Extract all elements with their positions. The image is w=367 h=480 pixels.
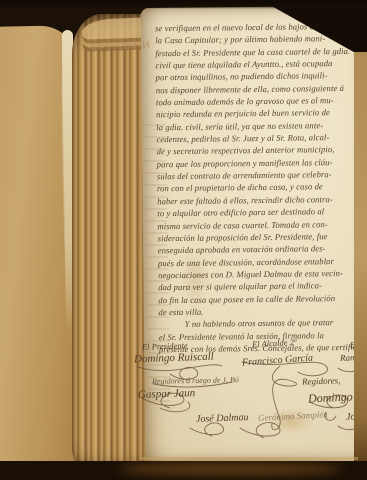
signature-block: El Presidente El Alcalde 2º El Alcalde 3… (130, 336, 367, 448)
photo-of-manuscript-book: N.587.743 se verifiquen en el nuevo loca… (0, 0, 367, 480)
manuscript-line: nicipio redunda en perjuicio del buen se… (156, 106, 360, 121)
top-photo-shadow (0, 0, 367, 9)
manuscript-text-block: se verifiquen en el nuevo local de los b… (155, 20, 363, 356)
signature-title-presidente: El Presidente (142, 340, 188, 352)
regidores-label-right: Regidores, (302, 375, 341, 386)
signature-name-regidor-1: Gaspar Jaun (138, 387, 196, 401)
regidores-label-left: Regidores á ruego de J. Bó (152, 375, 239, 386)
page-bottom-edge (140, 457, 358, 460)
signature-name-regidor-3: José Dalmau (196, 412, 249, 425)
manuscript-line: Y no habiendo otros asuntos de que trata… (159, 316, 363, 331)
manuscript-line: do fin la casa que posee en la calle de … (158, 291, 362, 306)
mirrored-stamp-number: N.587.743 (90, 40, 150, 53)
bottom-shadow-glow (118, 463, 343, 475)
right-page-edge (354, 2, 367, 464)
